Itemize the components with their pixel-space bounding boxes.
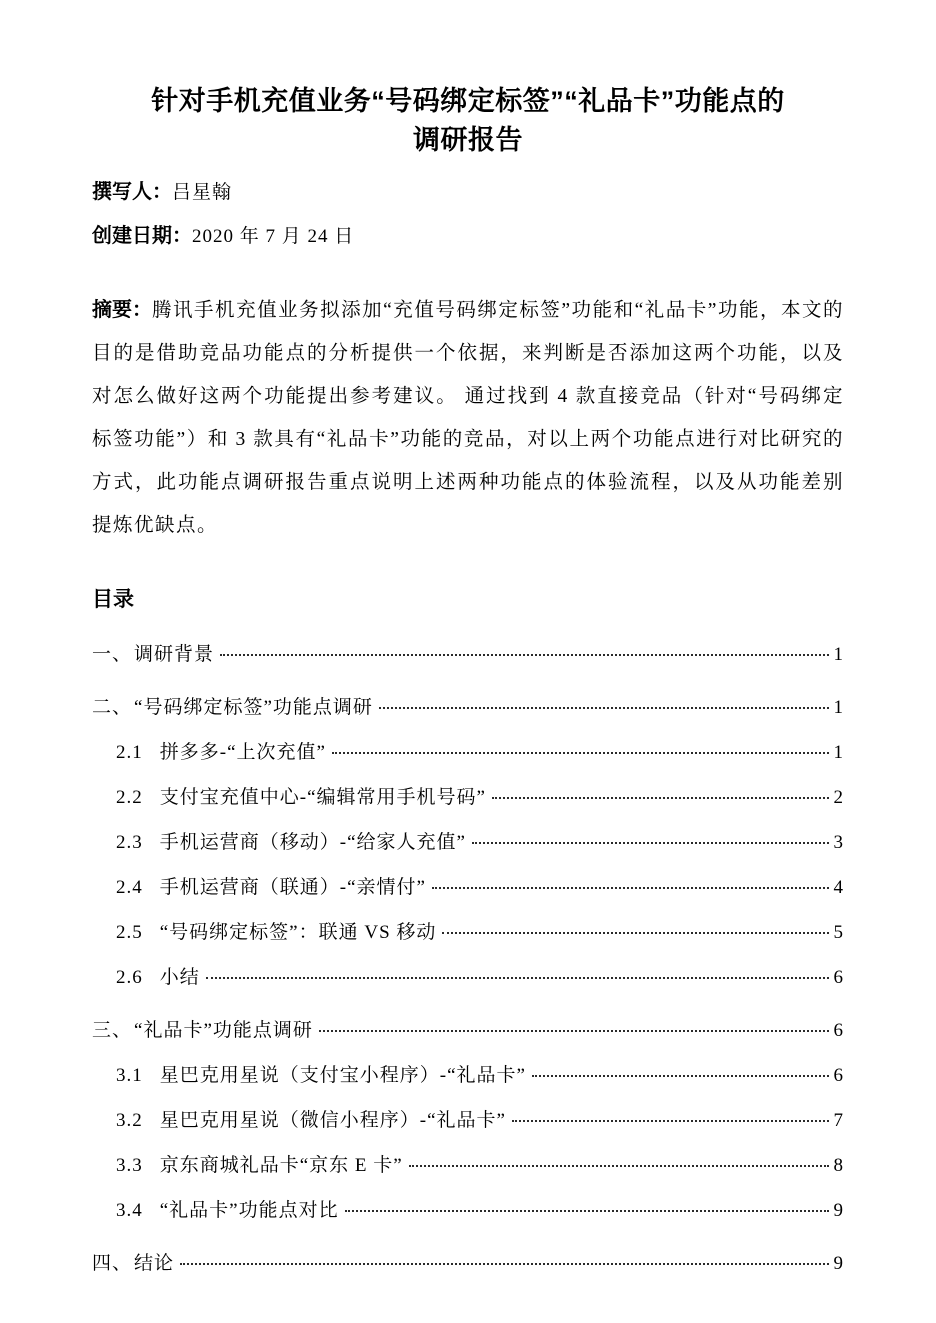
toc-entry-title: 支付宝充值中心-“编辑常用手机号码” xyxy=(160,782,486,809)
toc-entry[interactable]: 3.1星巴克用星说（支付宝小程序）-“礼品卡”6 xyxy=(116,1060,844,1087)
toc-entry-title: 星巴克用星说（微信小程序）-“礼品卡” xyxy=(160,1105,506,1132)
toc-dot-leader xyxy=(492,797,829,799)
toc-entry[interactable]: 2.6小结6 xyxy=(116,962,844,989)
toc-entry[interactable]: 3.2星巴克用星说（微信小程序）-“礼品卡”7 xyxy=(116,1105,844,1132)
toc-entry[interactable]: 3.4“礼品卡”功能点对比9 xyxy=(116,1195,844,1222)
toc-entry[interactable]: 2.3手机运营商（移动）-“给家人充值”3 xyxy=(116,827,844,854)
toc-entry-number: 3.3 xyxy=(116,1155,143,1177)
toc-entry-page: 9 xyxy=(832,1200,844,1222)
toc-entry[interactable]: 二、“号码绑定标签”功能点调研1 xyxy=(92,692,844,719)
toc-entry-number: 三、 xyxy=(92,1015,132,1042)
document-title-line-1: 针对手机充值业务“号码绑定标签”“礼品卡”功能点的 xyxy=(92,82,844,121)
toc-entry[interactable]: 3.3京东商城礼品卡“京东 E 卡”8 xyxy=(116,1150,844,1177)
document-page: 针对手机充值业务“号码绑定标签”“礼品卡”功能点的 调研报告 撰写人：吕星翰 创… xyxy=(0,0,936,1323)
toc-list: 一、调研背景1二、“号码绑定标签”功能点调研12.1拼多多-“上次充值”12.2… xyxy=(92,639,844,1275)
toc-entry-page: 1 xyxy=(832,697,844,719)
toc-dot-leader xyxy=(345,1210,829,1212)
toc-entry[interactable]: 三、“礼品卡”功能点调研6 xyxy=(92,1015,844,1042)
toc-entry-number: 2.5 xyxy=(116,922,143,944)
toc-entry-number: 2.3 xyxy=(116,832,143,854)
toc-entry-page: 1 xyxy=(832,742,844,764)
toc-entry-title: 小结 xyxy=(160,962,200,989)
toc-dot-leader xyxy=(532,1075,829,1077)
toc-entry-title: 调研背景 xyxy=(134,639,214,666)
toc-dot-leader xyxy=(319,1030,829,1032)
toc-entry-page: 6 xyxy=(832,1065,844,1087)
toc-entry-page: 2 xyxy=(832,787,844,809)
toc-heading: 目录 xyxy=(92,583,844,613)
toc-dot-leader xyxy=(332,752,829,754)
toc-entry-number: 2.1 xyxy=(116,742,143,764)
toc-dot-leader xyxy=(512,1120,829,1122)
toc-entry-title: “号码绑定标签”功能点调研 xyxy=(134,692,373,719)
toc-entry-number: 四、 xyxy=(92,1248,132,1275)
document-title: 针对手机充值业务“号码绑定标签”“礼品卡”功能点的 调研报告 xyxy=(92,82,844,160)
toc-dot-leader xyxy=(206,977,829,979)
toc-entry[interactable]: 2.4手机运营商（联通）-“亲情付”4 xyxy=(116,872,844,899)
toc-dot-leader xyxy=(379,707,829,709)
toc-entry-page: 8 xyxy=(832,1155,844,1177)
toc-entry-number: 一、 xyxy=(92,639,132,666)
toc-entry-title: 手机运营商（移动）-“给家人充值” xyxy=(160,827,466,854)
creation-date-value: 2020 年 7 月 24 日 xyxy=(192,226,354,247)
toc-entry-title: 星巴克用星说（支付宝小程序）-“礼品卡” xyxy=(160,1060,526,1087)
toc-entry-title: “号码绑定标签”：联通 VS 移动 xyxy=(160,917,437,944)
toc-entry-number: 3.1 xyxy=(116,1065,143,1087)
toc-entry-number: 2.4 xyxy=(116,877,143,899)
toc-dot-leader xyxy=(442,932,829,934)
toc-entry-number: 3.2 xyxy=(116,1110,143,1132)
toc-entry-title: 京东商城礼品卡“京东 E 卡” xyxy=(160,1150,403,1177)
toc-entry-title: 拼多多-“上次充值” xyxy=(160,737,326,764)
toc-entry-title: 结论 xyxy=(134,1248,174,1275)
toc-entry-number: 2.2 xyxy=(116,787,143,809)
toc-entry-number: 2.6 xyxy=(116,967,143,989)
toc-entry[interactable]: 一、调研背景1 xyxy=(92,639,844,666)
toc-dot-leader xyxy=(472,842,829,844)
toc-entry-page: 7 xyxy=(832,1110,844,1132)
author-label: 撰写人： xyxy=(92,181,172,203)
abstract-text: 腾讯手机充值业务拟添加“充值号码绑定标签”功能和“礼品卡”功能，本文的目的是借助… xyxy=(92,300,844,536)
abstract-paragraph: 摘要：腾讯手机充值业务拟添加“充值号码绑定标签”功能和“礼品卡”功能，本文的目的… xyxy=(92,289,844,547)
author-name: 吕星翰 xyxy=(172,182,232,203)
toc-entry-page: 9 xyxy=(832,1253,844,1275)
toc-entry-title: “礼品卡”功能点对比 xyxy=(160,1195,339,1222)
toc-entry-page: 3 xyxy=(832,832,844,854)
toc-entry-page: 6 xyxy=(832,967,844,989)
toc-entry-number: 3.4 xyxy=(116,1200,143,1222)
creation-date-label: 创建日期： xyxy=(92,225,192,247)
toc-entry[interactable]: 2.2支付宝充值中心-“编辑常用手机号码”2 xyxy=(116,782,844,809)
toc-dot-leader xyxy=(432,887,829,889)
toc-entry-number: 二、 xyxy=(92,692,132,719)
toc-dot-leader xyxy=(409,1165,829,1167)
document-title-line-2: 调研报告 xyxy=(92,121,844,160)
toc-entry-page: 5 xyxy=(832,922,844,944)
toc-entry-page: 4 xyxy=(832,877,844,899)
toc-dot-leader xyxy=(220,654,829,656)
toc-dot-leader xyxy=(180,1263,829,1265)
author-line: 撰写人：吕星翰 xyxy=(92,180,844,205)
toc-entry[interactable]: 2.5“号码绑定标签”：联通 VS 移动5 xyxy=(116,917,844,944)
toc-entry-page: 1 xyxy=(832,644,844,666)
toc-entry[interactable]: 四、结论9 xyxy=(92,1248,844,1275)
toc-entry-title: “礼品卡”功能点调研 xyxy=(134,1015,313,1042)
abstract-label: 摘要： xyxy=(92,299,152,321)
creation-date-line: 创建日期：2020 年 7 月 24 日 xyxy=(92,224,844,249)
toc-entry-page: 6 xyxy=(832,1020,844,1042)
toc-entry-title: 手机运营商（联通）-“亲情付” xyxy=(160,872,426,899)
toc-entry[interactable]: 2.1拼多多-“上次充值”1 xyxy=(116,737,844,764)
